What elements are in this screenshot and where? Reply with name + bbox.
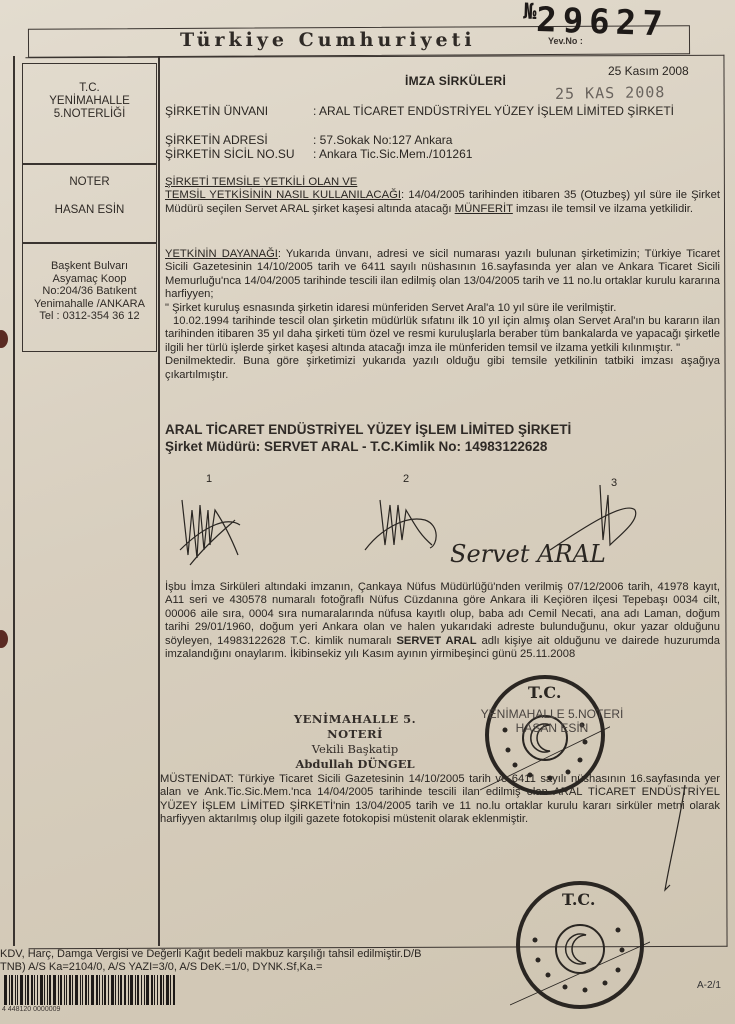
barcode-bar — [82, 975, 83, 1005]
signature-1-icon — [170, 480, 260, 580]
field-value: : 57.Sokak No:127 Ankara — [313, 133, 693, 147]
attachment-section: MÜSTENİDAT: Türkiye Ticaret Sicili Gazet… — [160, 773, 720, 827]
manager-line: Şirket Müdürü: SERVET ARAL - T.C.Kimlik … — [165, 438, 571, 455]
signature-2-icon — [360, 490, 450, 560]
office-line: 5.NOTERLİĞİ — [23, 108, 156, 121]
barcode-bar — [166, 975, 169, 1005]
barcode-bar — [88, 975, 89, 1005]
barcode-bar — [104, 975, 106, 1005]
representation-heading-2: TEMSİL YETKİSİNİN NASIL KULLANILACAĞI — [165, 189, 401, 201]
basis-quote-body: 10.02.1994 tarihinde tescil olan şirketi… — [165, 315, 720, 354]
barcode-bar — [128, 975, 129, 1005]
barcode-bar — [47, 975, 48, 1005]
barcode-bar — [40, 975, 43, 1005]
barcode-bar — [102, 975, 103, 1005]
numero-sign: № — [523, 0, 537, 25]
address-line: Asyamaç Koop — [23, 273, 156, 286]
notary-seal-bottom-icon: T.C. — [510, 875, 650, 1015]
notary-address: Başkent Bulvarı Asyamaç Koop No:204/36 B… — [23, 260, 156, 323]
office-line: T.C. — [23, 82, 156, 95]
field-company-address: ŞİRKETİN ADRESİ: 57.Sokak No:127 Ankara — [165, 133, 693, 147]
punch-hole — [0, 630, 8, 648]
attachment-text: : Türkiye Ticaret Sicili Gazetesinin 14/… — [160, 773, 720, 825]
deputy-stamp-office: YENİMAHALLE 5. NOTERİ — [280, 712, 430, 742]
barcode-bar — [58, 975, 59, 1005]
basis-heading: YETKİNİN DAYANAĞI — [165, 248, 278, 260]
barcode-bar — [120, 975, 122, 1005]
certification-text: İşbu İmza Sirküleri altındaki imzanın, Ç… — [165, 581, 720, 661]
barcode-bar — [170, 975, 171, 1005]
barcode-bar — [37, 975, 38, 1005]
margin-line — [13, 56, 15, 946]
company-signature-block: ARAL TİCARET ENDÜSTRİYEL YÜZEY İŞLEM LİM… — [165, 421, 571, 455]
barcode-bar — [17, 975, 18, 1005]
representation-section: ŞİRKETİ TEMSİLE YETKİLİ OLAN VE TEMSİL Y… — [165, 176, 720, 216]
serial-number-value: 29627 — [536, 0, 670, 45]
handwritten-name: Servet ARAL — [450, 540, 606, 568]
field-registry-no: ŞİRKETİN SİCİL NO.SU: Ankara Tic.Sic.Mem… — [165, 147, 693, 161]
basis-conclusion: Denilmektedir. Buna göre şirketimizi yuk… — [165, 355, 720, 380]
address-line: Tel : 0312-354 36 12 — [23, 310, 156, 323]
representation-heading-1: ŞİRKETİ TEMSİLE YETKİLİ OLAN VE — [165, 176, 357, 188]
barcode-bar — [108, 975, 109, 1005]
barcode-bar — [69, 975, 71, 1005]
notary-office: T.C. YENİMAHALLE 5.NOTERLİĞİ — [23, 82, 156, 121]
deputy-clerk-stamp: YENİMAHALLE 5. NOTERİ Vekili Başkatip Ab… — [280, 712, 430, 772]
document-title: İMZA SİRKÜLERİ — [405, 74, 506, 88]
barcode-bar — [144, 975, 145, 1005]
representation-text-end: imzası ile temsil ve ilzama yetkilidir. — [513, 203, 693, 215]
barcode-bar — [130, 975, 133, 1005]
barcode-bar — [137, 975, 139, 1005]
barcode-bar — [53, 975, 56, 1005]
notary-info-box: T.C. YENİMAHALLE 5.NOTERLİĞİ NOTER HASAN… — [22, 63, 157, 352]
deputy-stamp-title: Vekili Başkatip — [280, 742, 430, 757]
barcode-bar — [135, 975, 136, 1005]
representation-emphasis: MÜNFERİT — [455, 203, 513, 215]
barcode-bar — [44, 975, 45, 1005]
certified-person-name: SERVET ARAL — [396, 635, 476, 647]
notary-name: HASAN ESİN — [23, 204, 156, 217]
document-date: 25 Kasım 2008 — [608, 64, 689, 78]
basis-quote-line: " Şirket kuruluş esnasında şirketin idar… — [165, 302, 616, 314]
signature-3-icon: Servet ARAL — [440, 480, 650, 580]
header-title: Türkiye Cumhuriyeti — [180, 29, 476, 51]
barcode-bar — [151, 975, 153, 1005]
barcode-bar — [154, 975, 155, 1005]
barcode-bar — [118, 975, 119, 1005]
barcode-bar — [85, 975, 87, 1005]
address-line: No:204/36 Batıkent — [23, 285, 156, 298]
barcode-bar — [141, 975, 142, 1005]
page-code: A-2/1 — [697, 980, 721, 991]
field-value: : ARAL TİCARET ENDÜSTRİYEL YÜZEY İŞLEM L… — [313, 104, 693, 118]
field-company-title: ŞİRKETİN ÜNVANI: ARAL TİCARET ENDÜSTRİYE… — [165, 104, 693, 118]
barcode-bar — [157, 975, 158, 1005]
field-value: : Ankara Tic.Sic.Mem./101261 — [313, 147, 693, 161]
barcode-bar — [111, 975, 114, 1005]
barcode-bar — [20, 975, 23, 1005]
address-line: Başkent Bulvarı — [23, 260, 156, 273]
barcode-bar — [163, 975, 164, 1005]
barcode-bar — [27, 975, 29, 1005]
fee-receipt-note: KDV, Harç, Damga Vergisi ve Değerli Kağı… — [0, 948, 421, 974]
barcode-bar — [9, 975, 10, 1005]
seal-label: T.C. — [528, 683, 561, 702]
field-label: ŞİRKETİN ADRESİ — [165, 133, 313, 147]
notary-label: NOTER — [23, 176, 156, 189]
signature-number-2: 2 — [403, 473, 409, 485]
barcode-bar — [64, 975, 65, 1005]
barcode-bar — [60, 975, 62, 1005]
company-name: ARAL TİCARET ENDÜSTRİYEL YÜZEY İŞLEM LİM… — [165, 421, 571, 438]
barcode-bar — [146, 975, 149, 1005]
date-stamp: 25 KAS 2008 — [555, 83, 666, 103]
barcode-bar — [49, 975, 51, 1005]
punch-hole — [0, 330, 8, 348]
seal-notary-name: HASAN ESİN — [462, 721, 642, 735]
barcode-bar — [173, 975, 175, 1005]
barcode-bar — [160, 975, 162, 1005]
barcode-number: 4 448120 0000009 — [2, 1006, 60, 1013]
barcode-bar — [72, 975, 73, 1005]
barcode-bar — [15, 975, 16, 1005]
address-line: Yenimahalle /ANKARA — [23, 298, 156, 311]
barcode-bar — [31, 975, 33, 1005]
barcode-bar — [4, 975, 7, 1005]
field-label: ŞİRKETİN SİCİL NO.SU — [165, 147, 313, 161]
serial-number: №29627 — [522, 0, 669, 45]
barcode-bar — [11, 975, 13, 1005]
barcode-bar — [99, 975, 100, 1005]
box-divider — [23, 163, 156, 165]
deputy-stamp-name: Abdullah DÜNGEL — [280, 757, 430, 772]
box-divider — [23, 242, 156, 244]
seal-office: YENİMAHALLE 5.NOTERİ — [462, 707, 642, 721]
fee-line-1: KDV, Harç, Damga Vergisi ve Değerli Kağı… — [0, 948, 421, 961]
barcode-bar — [80, 975, 81, 1005]
fee-line-2: TNB) A/S Ka=2104/0, A/S YAZI=3/0, A/S De… — [0, 961, 421, 974]
barcode-bar — [66, 975, 67, 1005]
barcode-bar — [115, 975, 116, 1005]
basis-section: YETKİNİN DAYANAĞI: Yukarıda ünvanı, adre… — [165, 248, 720, 382]
notary-seal-text: YENİMAHALLE 5.NOTERİ HASAN ESİN — [462, 707, 642, 735]
barcode-bar — [34, 975, 35, 1005]
seal-label: T.C. — [562, 890, 595, 909]
barcode-bar — [124, 975, 126, 1005]
attachment-heading: MÜSTENİDAT — [160, 773, 231, 785]
barcode-bar — [91, 975, 94, 1005]
barcode-bar — [25, 975, 26, 1005]
field-label: ŞİRKETİN ÜNVANI — [165, 104, 313, 118]
barcode-bar — [96, 975, 98, 1005]
office-line: YENİMAHALLE — [23, 95, 156, 108]
barcode-bar — [75, 975, 78, 1005]
